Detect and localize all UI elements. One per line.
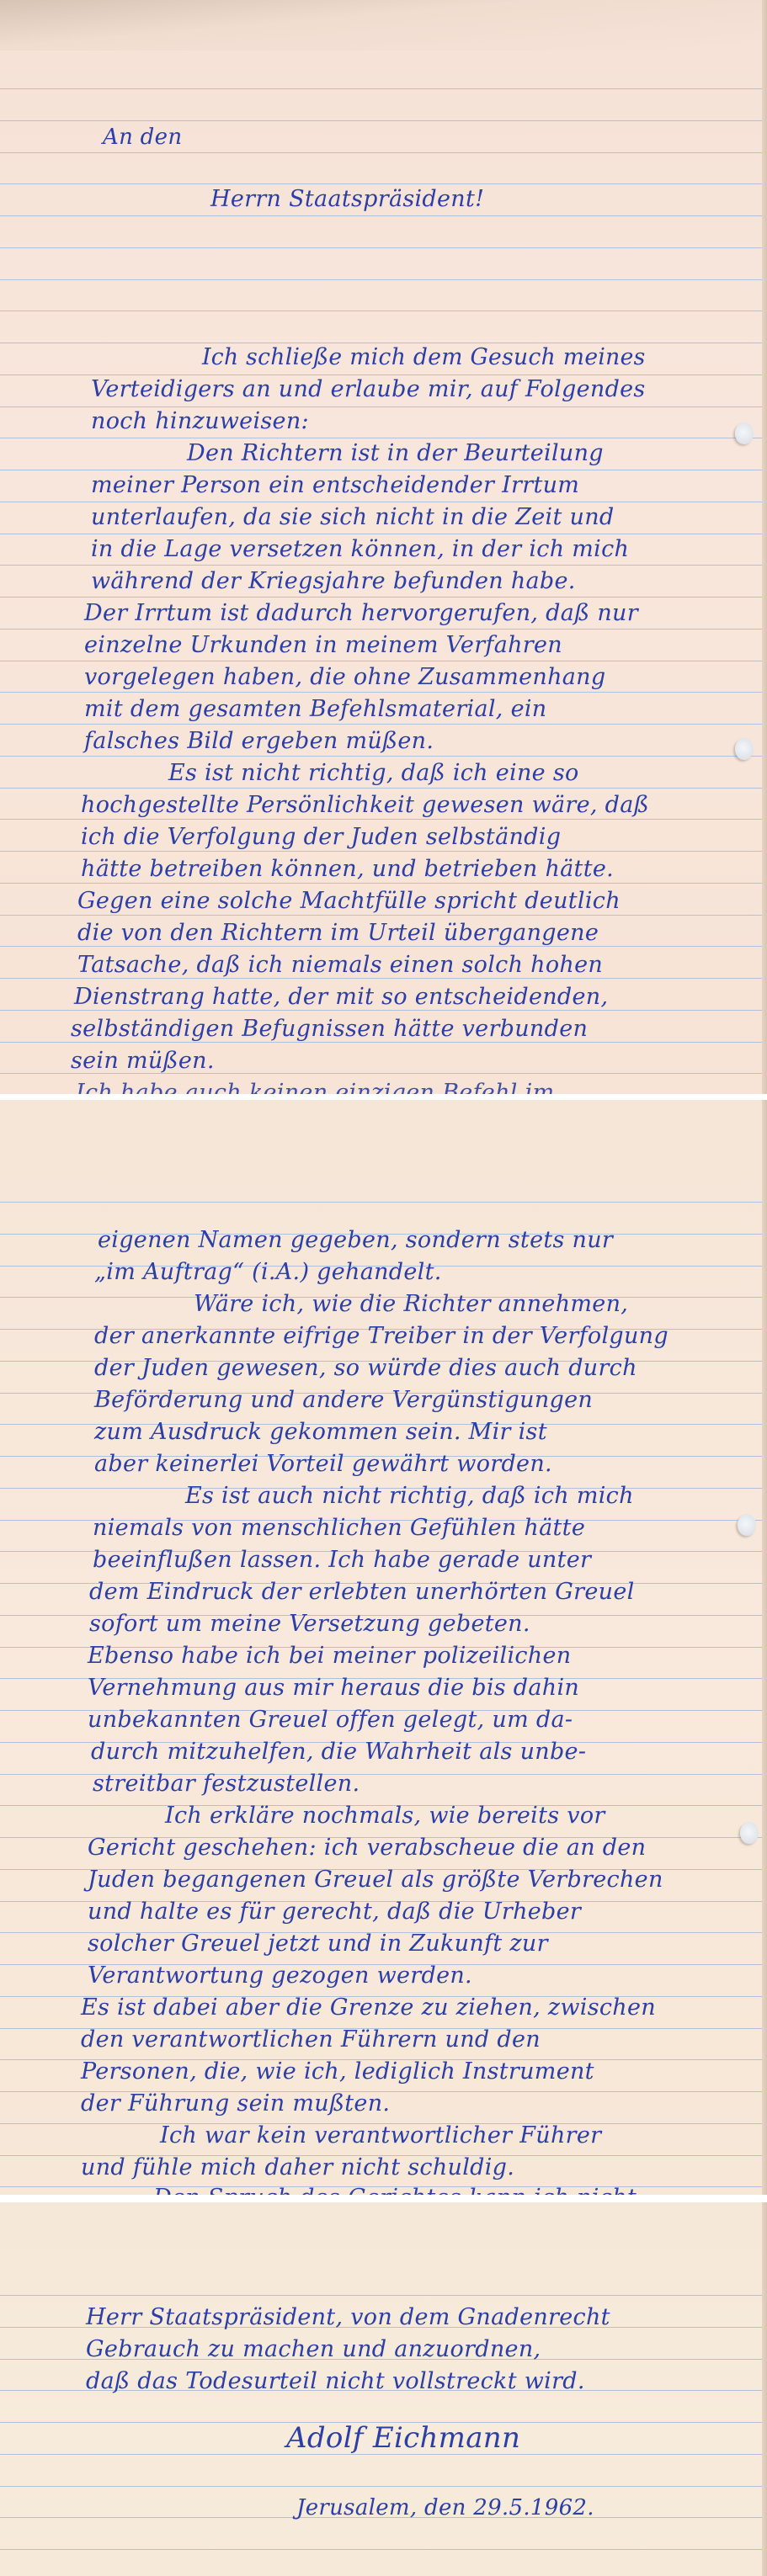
body-line: in die Lage versetzen können, in der ich… — [91, 537, 629, 562]
punch-hole — [740, 1822, 759, 1844]
body-line: Herr Staatspräsident, von dem Gnadenrech… — [86, 2305, 610, 2330]
body-line: „im Auftrag“ (i.A.) gehandelt. — [94, 1260, 442, 1285]
page-edge — [762, 2202, 767, 2576]
salutation-line-1: An den — [103, 125, 182, 150]
ruled-line — [0, 1010, 762, 1011]
body-line: Verteidigers an und erlaube mir, auf Fol… — [91, 377, 646, 402]
body-line: Es ist auch nicht richtig, daß ich mich — [185, 1484, 634, 1509]
body-line: der Juden gewesen, so würde dies auch du… — [94, 1356, 637, 1381]
body-line: Verantwortung gezogen werden. — [88, 1963, 472, 1989]
punch-hole — [735, 422, 754, 444]
ruled-line — [0, 152, 762, 153]
body-line: Ebenso habe ich bei meiner polizeilichen — [88, 1644, 571, 1669]
body-line: Der Irrtum ist dadurch hervorgerufen, da… — [84, 601, 638, 626]
body-line: Dienstrang hatte, der mit so entscheiden… — [74, 985, 608, 1010]
ruled-line — [0, 883, 762, 884]
body-line: aber keinerlei Vorteil gewährt worden. — [94, 1452, 552, 1477]
place-date: Jerusalem, den 29.5.1962. — [296, 2495, 594, 2520]
ruled-line — [0, 946, 762, 947]
body-line: selbständigen Befugnissen hätte verbunde… — [71, 1017, 588, 1042]
body-line: falsches Bild ergeben müßen. — [84, 729, 434, 754]
body-line: eigenen Namen gegeben, sondern stets nur — [98, 1228, 613, 1253]
body-line: niemals von menschlichen Gefühlen hätte — [93, 1516, 585, 1541]
body-line: meiner Person ein entscheidender Irrtum — [91, 473, 579, 498]
body-line: Tatsache, daß ich niemals einen solch ho… — [77, 953, 603, 978]
ruled-line — [0, 915, 762, 916]
ruled-line — [0, 279, 762, 280]
ruled-line — [0, 2486, 762, 2487]
ruled-line — [0, 406, 762, 407]
body-line: Vernehmung aus mir heraus die bis dahin — [88, 1676, 579, 1701]
punch-hole — [735, 738, 754, 760]
ruled-line — [0, 343, 762, 343]
body-line: sofort um meine Versetzung gebeten. — [89, 1612, 530, 1637]
cut-off-line: Ich habe auch keinen einzigen Befehl im — [76, 1081, 554, 1094]
page-edge — [762, 1100, 767, 2195]
ruled-line — [0, 661, 762, 661]
body-line: vorgelegen haben, die ohne Zusammenhang — [84, 665, 605, 690]
ruled-line — [0, 788, 762, 789]
body-line: Den Spruch des Gerichtes kann ich nicht — [153, 2186, 637, 2195]
ruled-line — [0, 851, 762, 852]
ruled-line — [0, 978, 762, 979]
body-line: noch hinzuweisen: — [91, 409, 309, 434]
body-line: Den Richtern ist in der Beurteilung — [187, 441, 604, 466]
ruled-line — [0, 374, 762, 375]
body-line: Gericht geschehen: ich verabscheue die a… — [88, 1835, 646, 1861]
ruled-line — [0, 183, 762, 184]
ruled-line — [0, 534, 762, 534]
ruled-line — [0, 311, 762, 311]
body-line: Juden begangenen Greuel als größte Verbr… — [88, 1867, 663, 1893]
ruled-line — [0, 2295, 762, 2296]
ruled-line — [0, 565, 762, 566]
ruled-line — [0, 724, 762, 725]
ruled-line — [0, 120, 762, 121]
body-line: Ich war kein verantwortlicher Führer — [160, 2123, 601, 2148]
letter-page-2: eigenen Namen gegeben, sondern stets nur… — [0, 1100, 767, 2195]
body-line: dem Eindruck der erlebten unerhörten Gre… — [89, 1580, 635, 1605]
ruled-line — [0, 692, 762, 693]
letter-page-3: Herr Staatspräsident, von dem Gnadenrech… — [0, 2202, 767, 2576]
body-line: Gegen eine solche Machtfülle spricht deu… — [77, 889, 621, 914]
body-line: durch mitzuhelfen, die Wahrheit als unbe… — [91, 1739, 586, 1765]
body-line: streitbar festzustellen. — [93, 1771, 360, 1797]
body-line: sein müßen. — [71, 1049, 215, 1074]
ruled-line — [0, 2549, 762, 2550]
ruled-line — [0, 438, 762, 438]
body-line: ich die Verfolgung der Juden selbständig — [81, 825, 561, 850]
body-line: unterlaufen, da sie sich nicht in die Ze… — [91, 505, 614, 530]
ruled-line — [0, 629, 762, 629]
body-line: beeinflußen lassen. Ich habe gerade unte… — [93, 1548, 591, 1573]
signature: Adolf Eichmann — [286, 2425, 520, 2451]
body-line: unbekannten Greuel offen gelegt, um da- — [88, 1708, 573, 1733]
ruled-line — [0, 470, 762, 470]
body-line: Beförderung und andere Vergünstigungen — [94, 1388, 593, 1413]
letter-page-1: An den Herrn Staatspräsident! Ich schlie… — [0, 0, 767, 1094]
body-line: Personen, die, wie ich, lediglich Instru… — [81, 2059, 594, 2085]
body-line: die von den Richtern im Urteil übergange… — [77, 921, 599, 946]
ruled-line — [0, 247, 762, 248]
punch-hole — [738, 1514, 756, 1536]
body-line: Ich schließe mich dem Gesuch meines — [202, 345, 749, 370]
body-line: hochgestellte Persönlichkeit gewesen wär… — [81, 793, 649, 818]
body-line: Ich erkläre nochmals, wie bereits vor — [165, 1803, 605, 1829]
ruled-line — [0, 756, 762, 757]
ruled-line — [0, 597, 762, 598]
body-line: der Führung sein mußten. — [81, 2091, 390, 2117]
body-line: Wäre ich, wie die Richter annehmen, — [194, 1292, 628, 1317]
body-line: mit dem gesamten Befehlsmaterial, ein — [84, 697, 546, 722]
body-line: zum Ausdruck gekommen sein. Mir ist — [94, 1420, 547, 1445]
body-line: den verantwortlichen Führern und den — [81, 2027, 541, 2053]
body-line: Gebrauch zu machen und anzuordnen, — [86, 2337, 541, 2362]
body-line: Es ist dabei aber die Grenze zu ziehen, … — [81, 1995, 656, 2021]
page-edge — [762, 0, 767, 1094]
salutation-line-2: Herrn Staatspräsident! — [210, 187, 484, 212]
body-line: solcher Greuel jetzt und in Zukunft zur — [88, 1931, 548, 1957]
body-line: und halte es für gerecht, daß die Urhebe… — [88, 1899, 581, 1925]
ruled-line — [0, 1042, 762, 1043]
ruled-line — [0, 819, 762, 820]
ruled-line — [0, 1202, 762, 1203]
body-line: und fühle mich daher nicht schuldig. — [81, 2155, 514, 2180]
ruled-line — [0, 215, 762, 216]
body-line: der anerkannte eifrige Treiber in der Ve… — [94, 1324, 668, 1349]
body-line: einzelne Urkunden in meinem Verfahren — [84, 633, 562, 658]
paper-fold-shadow — [0, 0, 767, 50]
body-line: Es ist nicht richtig, daß ich eine so — [168, 761, 579, 786]
body-line: hätte betreiben können, und betrieben hä… — [81, 857, 614, 882]
ruled-line — [0, 88, 762, 89]
body-line: während der Kriegsjahre befunden habe. — [91, 569, 576, 594]
body-line: daß das Todesurteil nicht vollstreckt wi… — [86, 2369, 585, 2394]
ruled-line — [0, 502, 762, 502]
